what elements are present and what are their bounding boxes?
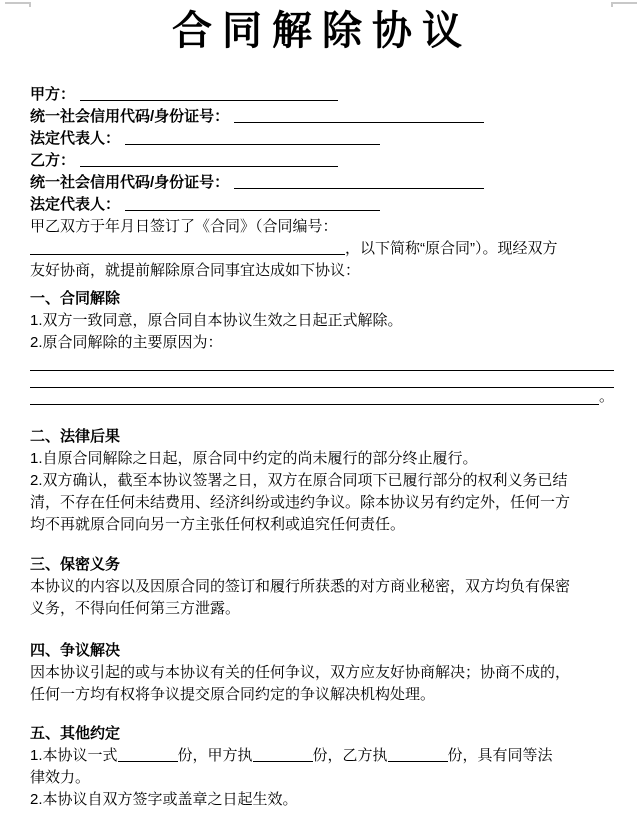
- copies-text-2: 份，甲方执: [178, 747, 253, 764]
- party-a-legal-rep-blank[interactable]: [125, 130, 380, 145]
- section1-item-1: 1.双方一致同意，原合同自本协议生效之日起正式解除。: [30, 310, 614, 332]
- section4-line-1: 因本协议引起的或与本协议有关的任何争议，双方应友好协商解决；协商不成的，: [30, 662, 614, 684]
- intro-line-1: 甲乙双方于年月日签订了《合同》（合同编号：: [30, 216, 614, 238]
- copies-text-4: 份，具有同等法: [448, 747, 553, 764]
- party-b-credit-code-blank[interactable]: [234, 174, 484, 189]
- section3-line-2: 义务，不得向任何第三方泄露。: [30, 598, 614, 620]
- section1-heading: 一、合同解除: [30, 288, 614, 310]
- section2-line-2: 2.双方确认，截至本协议签署之日，双方在原合同项下已履行部分的权利义务已结: [30, 470, 614, 492]
- party-b-copies-blank[interactable]: [388, 747, 448, 762]
- section2-heading: 二、法律后果: [30, 426, 614, 448]
- section1-item-2: 2.原合同解除的主要原因为：: [30, 332, 614, 354]
- reason-blank-line-1[interactable]: [30, 354, 614, 371]
- reason-blank-rule-2[interactable]: [30, 372, 614, 388]
- reason-blank-line-3[interactable]: 。: [30, 388, 614, 405]
- copies-text-3: 份，乙方执: [313, 747, 388, 764]
- party-a-legal-rep-row: 法定代表人：: [30, 128, 614, 150]
- party-a-credit-code-blank[interactable]: [234, 108, 484, 123]
- party-b-label: 乙方：: [30, 152, 75, 169]
- reason-blank-line-2[interactable]: [30, 371, 614, 388]
- party-a-credit-code-label: 统一社会信用代码/身份证号：: [30, 108, 229, 125]
- intro-paragraph: 甲乙双方于年月日签订了《合同》（合同编号： ，以下简称“原合同”）。现经双方 友…: [30, 216, 614, 282]
- document-title: 合同解除协议: [30, 6, 614, 56]
- intro-line-3: 友好协商，就提前解除原合同事宜达成如下协议：: [30, 260, 614, 282]
- section-miscellaneous: 五、其他约定 1.本协议一式份，甲方执份，乙方执份，具有同等法 律效力。 2.本…: [30, 723, 614, 811]
- party-info-block: 甲方： 统一社会信用代码/身份证号： 法定代表人： 乙方： 统一社会信用代码/身…: [30, 84, 614, 216]
- party-a-label: 甲方：: [30, 86, 75, 103]
- section-contract-termination: 一、合同解除 1.双方一致同意，原合同自本协议生效之日起正式解除。 2.原合同解…: [30, 288, 614, 405]
- total-copies-blank[interactable]: [118, 747, 178, 762]
- reason-blank-rule-3[interactable]: [30, 389, 599, 405]
- reason-line-terminator: 。: [599, 388, 614, 405]
- party-a-copies-blank[interactable]: [253, 747, 313, 762]
- section5-item-1: 1.本协议一式份，甲方执份，乙方执份，具有同等法: [30, 745, 614, 767]
- section3-heading: 三、保密义务: [30, 554, 614, 576]
- section4-heading: 四、争议解决: [30, 640, 614, 662]
- section4-line-2: 任何一方均有权将争议提交原合同约定的争议解决机构处理。: [30, 684, 614, 706]
- section5-item-2: 2.本协议自双方签字或盖章之日起生效。: [30, 789, 614, 811]
- section2-line-1: 1.自原合同解除之日起，原合同中约定的尚未履行的部分终止履行。: [30, 448, 614, 470]
- intro-line-2: ，以下简称“原合同”）。现经双方: [30, 238, 614, 260]
- party-b-legal-rep-label: 法定代表人：: [30, 196, 120, 213]
- party-b-legal-rep-row: 法定代表人：: [30, 194, 614, 216]
- section2-line-3: 清，不存在任何未结费用、经济纠纷或违约争议。除本协议另有约定外，任何一方: [30, 492, 614, 514]
- party-b-credit-code-label: 统一社会信用代码/身份证号：: [30, 174, 229, 191]
- contract-document-page: 合同解除协议 甲方： 统一社会信用代码/身份证号： 法定代表人： 乙方： 统一社…: [0, 0, 643, 817]
- text-boundary-mark-top-left: [5, 2, 31, 7]
- section-legal-consequences: 二、法律后果 1.自原合同解除之日起，原合同中约定的尚未履行的部分终止履行。 2…: [30, 426, 614, 536]
- section2-line-4: 均不再就原合同向另一方主张任何权利或追究任何责任。: [30, 514, 614, 536]
- party-b-blank[interactable]: [80, 152, 338, 167]
- party-b-legal-rep-blank[interactable]: [125, 196, 380, 211]
- party-b-row: 乙方：: [30, 150, 614, 172]
- contract-number-blank[interactable]: [30, 240, 345, 255]
- party-b-credit-code-row: 统一社会信用代码/身份证号：: [30, 172, 614, 194]
- section5-heading: 五、其他约定: [30, 723, 614, 745]
- text-boundary-mark-top-right: [611, 2, 637, 7]
- section-confidentiality: 三、保密义务 本协议的内容以及因原合同的签订和履行所获悉的对方商业秘密，双方均负…: [30, 554, 614, 620]
- party-a-row: 甲方：: [30, 84, 614, 106]
- copies-text-1: 1.本协议一式: [30, 747, 118, 764]
- party-a-legal-rep-label: 法定代表人：: [30, 130, 120, 147]
- party-a-blank[interactable]: [80, 86, 338, 101]
- reason-blank-rule-1[interactable]: [30, 355, 614, 371]
- section5-item-1-wrap: 律效力。: [30, 767, 614, 789]
- section-dispute-resolution: 四、争议解决 因本协议引起的或与本协议有关的任何争议，双方应友好协商解决；协商不…: [30, 640, 614, 706]
- section3-line-1: 本协议的内容以及因原合同的签订和履行所获悉的对方商业秘密，双方均负有保密: [30, 576, 614, 598]
- intro-line-2-text: ，以下简称“原合同”）。现经双方: [345, 240, 558, 257]
- party-a-credit-code-row: 统一社会信用代码/身份证号：: [30, 106, 614, 128]
